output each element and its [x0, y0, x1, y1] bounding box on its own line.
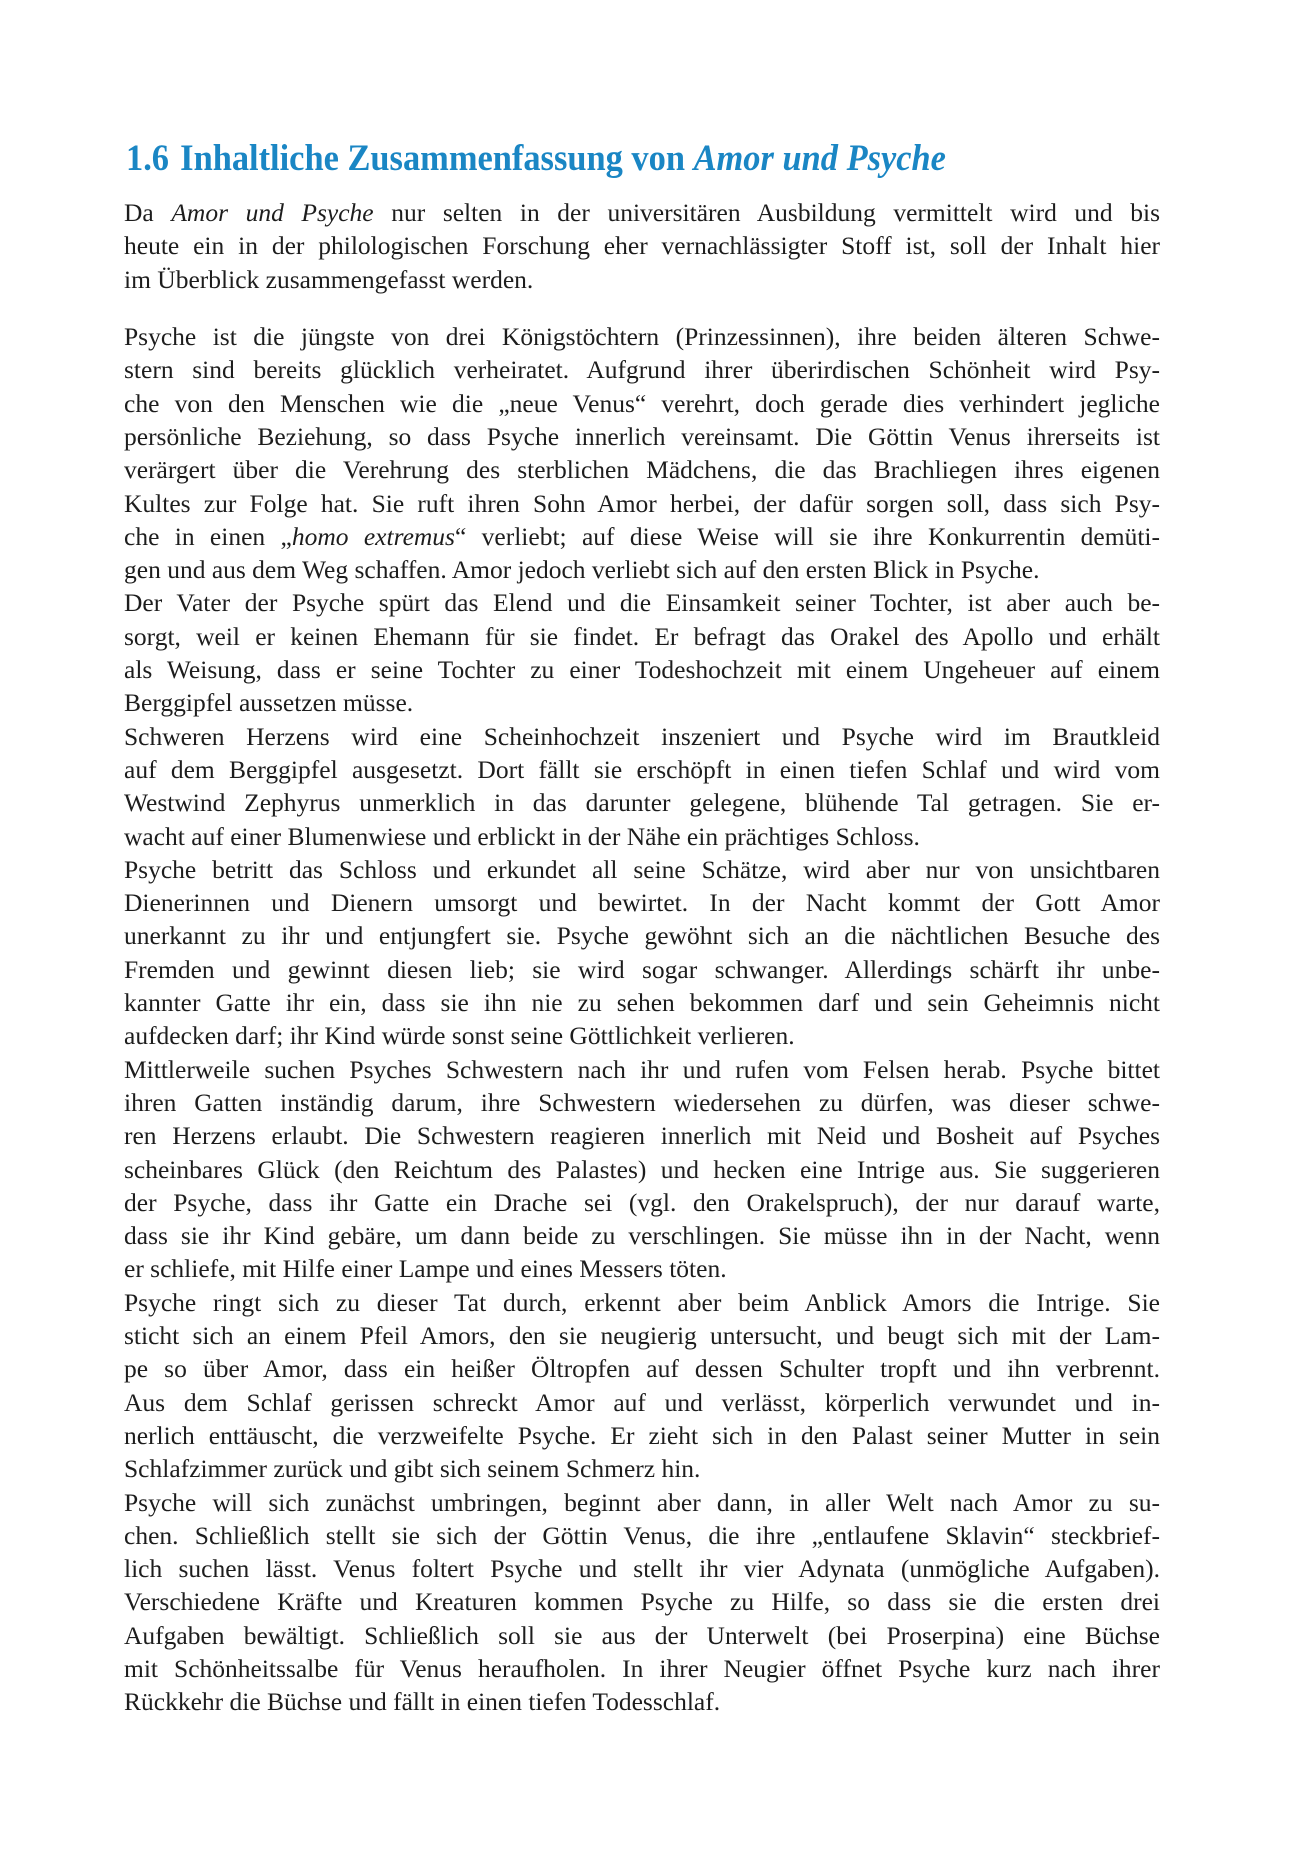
text-line: Schweren Herzens wird eine Scheinhochzei…: [124, 720, 1160, 754]
text-span: Psyche betritt das Schloss und erkundet …: [124, 855, 1160, 884]
text-span: stern sind bereits glücklich verheiratet…: [124, 355, 1160, 384]
text-line: pe so über Amor, dass ein heißer Öltropf…: [124, 1352, 1160, 1386]
text-line: Schlafzimmer zurück und gibt sich seinem…: [124, 1452, 1160, 1486]
text-line: Mittlerweile suchen Psyches Schwestern n…: [124, 1053, 1160, 1087]
text-span: Der Vater der Psyche spürt das Elend und…: [124, 588, 1160, 617]
text-line: Rückkehr die Büchse und fällt in einen t…: [124, 1685, 1160, 1719]
text-span: kannter Gatte ihr ein, dass sie ihn nie …: [124, 988, 1160, 1017]
text-line: Psyche will sich zunächst umbringen, beg…: [124, 1486, 1160, 1520]
text-span: wacht auf einer Blumenwiese und erblickt…: [124, 822, 920, 851]
text-line: Psyche betritt das Schloss und erkundet …: [124, 853, 1160, 887]
text-span: Da: [124, 198, 171, 227]
text-line: sorgt, weil er keinen Ehemann für sie fi…: [124, 620, 1160, 654]
section-number: 1.6: [126, 138, 169, 179]
text-span: “ verliebt; auf diese Weise will sie ihr…: [455, 522, 1160, 551]
text-line: Kultes zur Folge hat. Sie ruft ihren Soh…: [124, 487, 1160, 521]
text-span: sorgt, weil er keinen Ehemann für sie fi…: [124, 622, 1160, 651]
text-span: Dienerinnen und Dienern umsorgt und bewi…: [124, 888, 1160, 917]
text-span: Kultes zur Folge hat. Sie ruft ihren Soh…: [124, 489, 1160, 518]
text-span: nur selten in der universitären Ausbildu…: [374, 198, 1160, 227]
text-span: Fremden und gewinnt diesen lieb; sie wir…: [124, 955, 1160, 984]
text-span: dass sie ihr Kind gebäre, um dann beide …: [124, 1221, 1160, 1250]
text-span: nerlich enttäuscht, die verzweifelte Psy…: [124, 1421, 1160, 1450]
text-line: er schliefe, mit Hilfe einer Lampe und e…: [124, 1252, 1160, 1286]
text-span: er schliefe, mit Hilfe einer Lampe und e…: [124, 1254, 727, 1283]
italic-text: Amor und Psyche: [171, 198, 373, 227]
text-line: persönliche Beziehung, so dass Psyche in…: [124, 420, 1160, 454]
text-line: verärgert über die Verehrung des sterbli…: [124, 453, 1160, 487]
text-span: unerkannt zu ihr und entjungfert sie. Ps…: [124, 921, 1160, 950]
text-span: lich suchen lässt. Venus foltert Psyche …: [124, 1554, 1160, 1583]
text-span: sticht sich an einem Pfeil Amors, den si…: [124, 1321, 1160, 1350]
text-span: auf dem Berggipfel ausgesetzt. Dort fäll…: [124, 755, 1160, 784]
text-line: Aufgaben bewältigt. Schließlich soll sie…: [124, 1619, 1160, 1653]
text-span: als Weisung, dass er seine Tochter zu ei…: [124, 655, 1160, 684]
text-span: Aus dem Schlaf gerissen schreckt Amor au…: [124, 1388, 1160, 1417]
text-line: im Überblick zusammengefasst werden.: [124, 263, 1160, 297]
text-span: heute ein in der philologischen Forschun…: [124, 231, 1160, 260]
text-line: ihren Gatten inständig darum, ihre Schwe…: [124, 1086, 1160, 1120]
text-line: Verschiedene Kräfte und Kreaturen kommen…: [124, 1585, 1160, 1619]
document-page: 1.6Inhaltliche Zusammenfassung von Amor …: [0, 0, 1300, 1851]
text-span: im Überblick zusammengefasst werden.: [124, 265, 533, 294]
text-line: heute ein in der philologischen Forschun…: [124, 229, 1160, 263]
section-heading: 1.6Inhaltliche Zusammenfassung von Amor …: [126, 137, 1093, 181]
text-line: gen und aus dem Weg schaffen. Amor jedoc…: [124, 553, 1160, 587]
text-line: als Weisung, dass er seine Tochter zu ei…: [124, 653, 1160, 687]
text-span: persönliche Beziehung, so dass Psyche in…: [124, 422, 1160, 451]
text-line: kannter Gatte ihr ein, dass sie ihn nie …: [124, 986, 1160, 1020]
text-line: scheinbares Glück (den Reichtum des Pala…: [124, 1153, 1160, 1187]
text-span: che von den Menschen wie die „neue Venus…: [124, 389, 1160, 418]
text-span: ren Herzens erlaubt. Die Schwestern reag…: [124, 1121, 1160, 1150]
text-line: Westwind Zephyrus unmerklich in das daru…: [124, 786, 1160, 820]
text-line: lich suchen lässt. Venus foltert Psyche …: [124, 1552, 1160, 1586]
text-line: unerkannt zu ihr und entjungfert sie. Ps…: [124, 919, 1160, 953]
section-title-work: Amor und Psyche: [694, 138, 946, 179]
text-span: mit Schönheitssalbe für Venus heraufhole…: [124, 1654, 1160, 1683]
text-line: mit Schönheitssalbe für Venus heraufhole…: [124, 1652, 1160, 1686]
text-span: Schweren Herzens wird eine Scheinhochzei…: [124, 722, 1160, 751]
italic-text: homo extremus: [292, 522, 455, 551]
text-span: der Psyche, dass ihr Gatte ein Drache se…: [124, 1188, 1160, 1217]
text-span: Mittlerweile suchen Psyches Schwestern n…: [124, 1055, 1160, 1084]
text-line: Psyche ringt sich zu dieser Tat durch, e…: [124, 1286, 1160, 1320]
text-line: ren Herzens erlaubt. Die Schwestern reag…: [124, 1119, 1160, 1153]
text-line: nerlich enttäuscht, die verzweifelte Psy…: [124, 1419, 1160, 1453]
text-line: Aus dem Schlaf gerissen schreckt Amor au…: [124, 1386, 1160, 1420]
text-span: che in einen „: [124, 522, 292, 551]
text-span: Berggipfel aussetzen müsse.: [124, 688, 413, 717]
text-span: Rückkehr die Büchse und fällt in einen t…: [124, 1687, 720, 1716]
text-span: Psyche ringt sich zu dieser Tat durch, e…: [124, 1288, 1160, 1317]
text-span: Psyche will sich zunächst umbringen, beg…: [124, 1488, 1160, 1517]
text-line: sticht sich an einem Pfeil Amors, den si…: [124, 1319, 1160, 1353]
text-span: ihren Gatten inständig darum, ihre Schwe…: [124, 1088, 1160, 1117]
text-span: verärgert über die Verehrung des sterbli…: [124, 455, 1160, 484]
text-line: Dienerinnen und Dienern umsorgt und bewi…: [124, 886, 1160, 920]
text-span: Westwind Zephyrus unmerklich in das daru…: [124, 788, 1160, 817]
text-line: wacht auf einer Blumenwiese und erblickt…: [124, 820, 1160, 854]
text-span: chen. Schließlich stellt sie sich der Gö…: [124, 1521, 1160, 1550]
text-line: Da Amor und Psyche nur selten in der uni…: [124, 196, 1160, 230]
text-span: pe so über Amor, dass ein heißer Öltropf…: [124, 1354, 1160, 1383]
text-span: Schlafzimmer zurück und gibt sich seinem…: [124, 1454, 700, 1483]
text-span: Psyche ist die jüngste von drei Königstö…: [124, 322, 1160, 351]
text-line: che in einen „homo extremus“ verliebt; a…: [124, 520, 1160, 554]
text-line: Psyche ist die jüngste von drei Königstö…: [124, 320, 1160, 354]
text-span: gen und aus dem Weg schaffen. Amor jedoc…: [124, 555, 1039, 584]
text-line: Der Vater der Psyche spürt das Elend und…: [124, 586, 1160, 620]
text-span: scheinbares Glück (den Reichtum des Pala…: [124, 1155, 1160, 1184]
text-line: aufdecken darf; ihr Kind würde sonst sei…: [124, 1019, 1160, 1053]
text-line: dass sie ihr Kind gebäre, um dann beide …: [124, 1219, 1160, 1253]
text-line: che von den Menschen wie die „neue Venus…: [124, 387, 1160, 421]
text-span: Aufgaben bewältigt. Schließlich soll sie…: [124, 1621, 1160, 1650]
text-span: Verschiedene Kräfte und Kreaturen kommen…: [124, 1587, 1160, 1616]
text-span: aufdecken darf; ihr Kind würde sonst sei…: [124, 1021, 795, 1050]
text-line: chen. Schließlich stellt sie sich der Gö…: [124, 1519, 1160, 1553]
text-line: auf dem Berggipfel ausgesetzt. Dort fäll…: [124, 753, 1160, 787]
text-line: der Psyche, dass ihr Gatte ein Drache se…: [124, 1186, 1160, 1220]
section-title: Inhaltliche Zusammenfassung von: [180, 138, 693, 179]
text-line: stern sind bereits glücklich verheiratet…: [124, 353, 1160, 387]
text-line: Berggipfel aussetzen müsse.: [124, 686, 1160, 720]
text-line: Fremden und gewinnt diesen lieb; sie wir…: [124, 953, 1160, 987]
